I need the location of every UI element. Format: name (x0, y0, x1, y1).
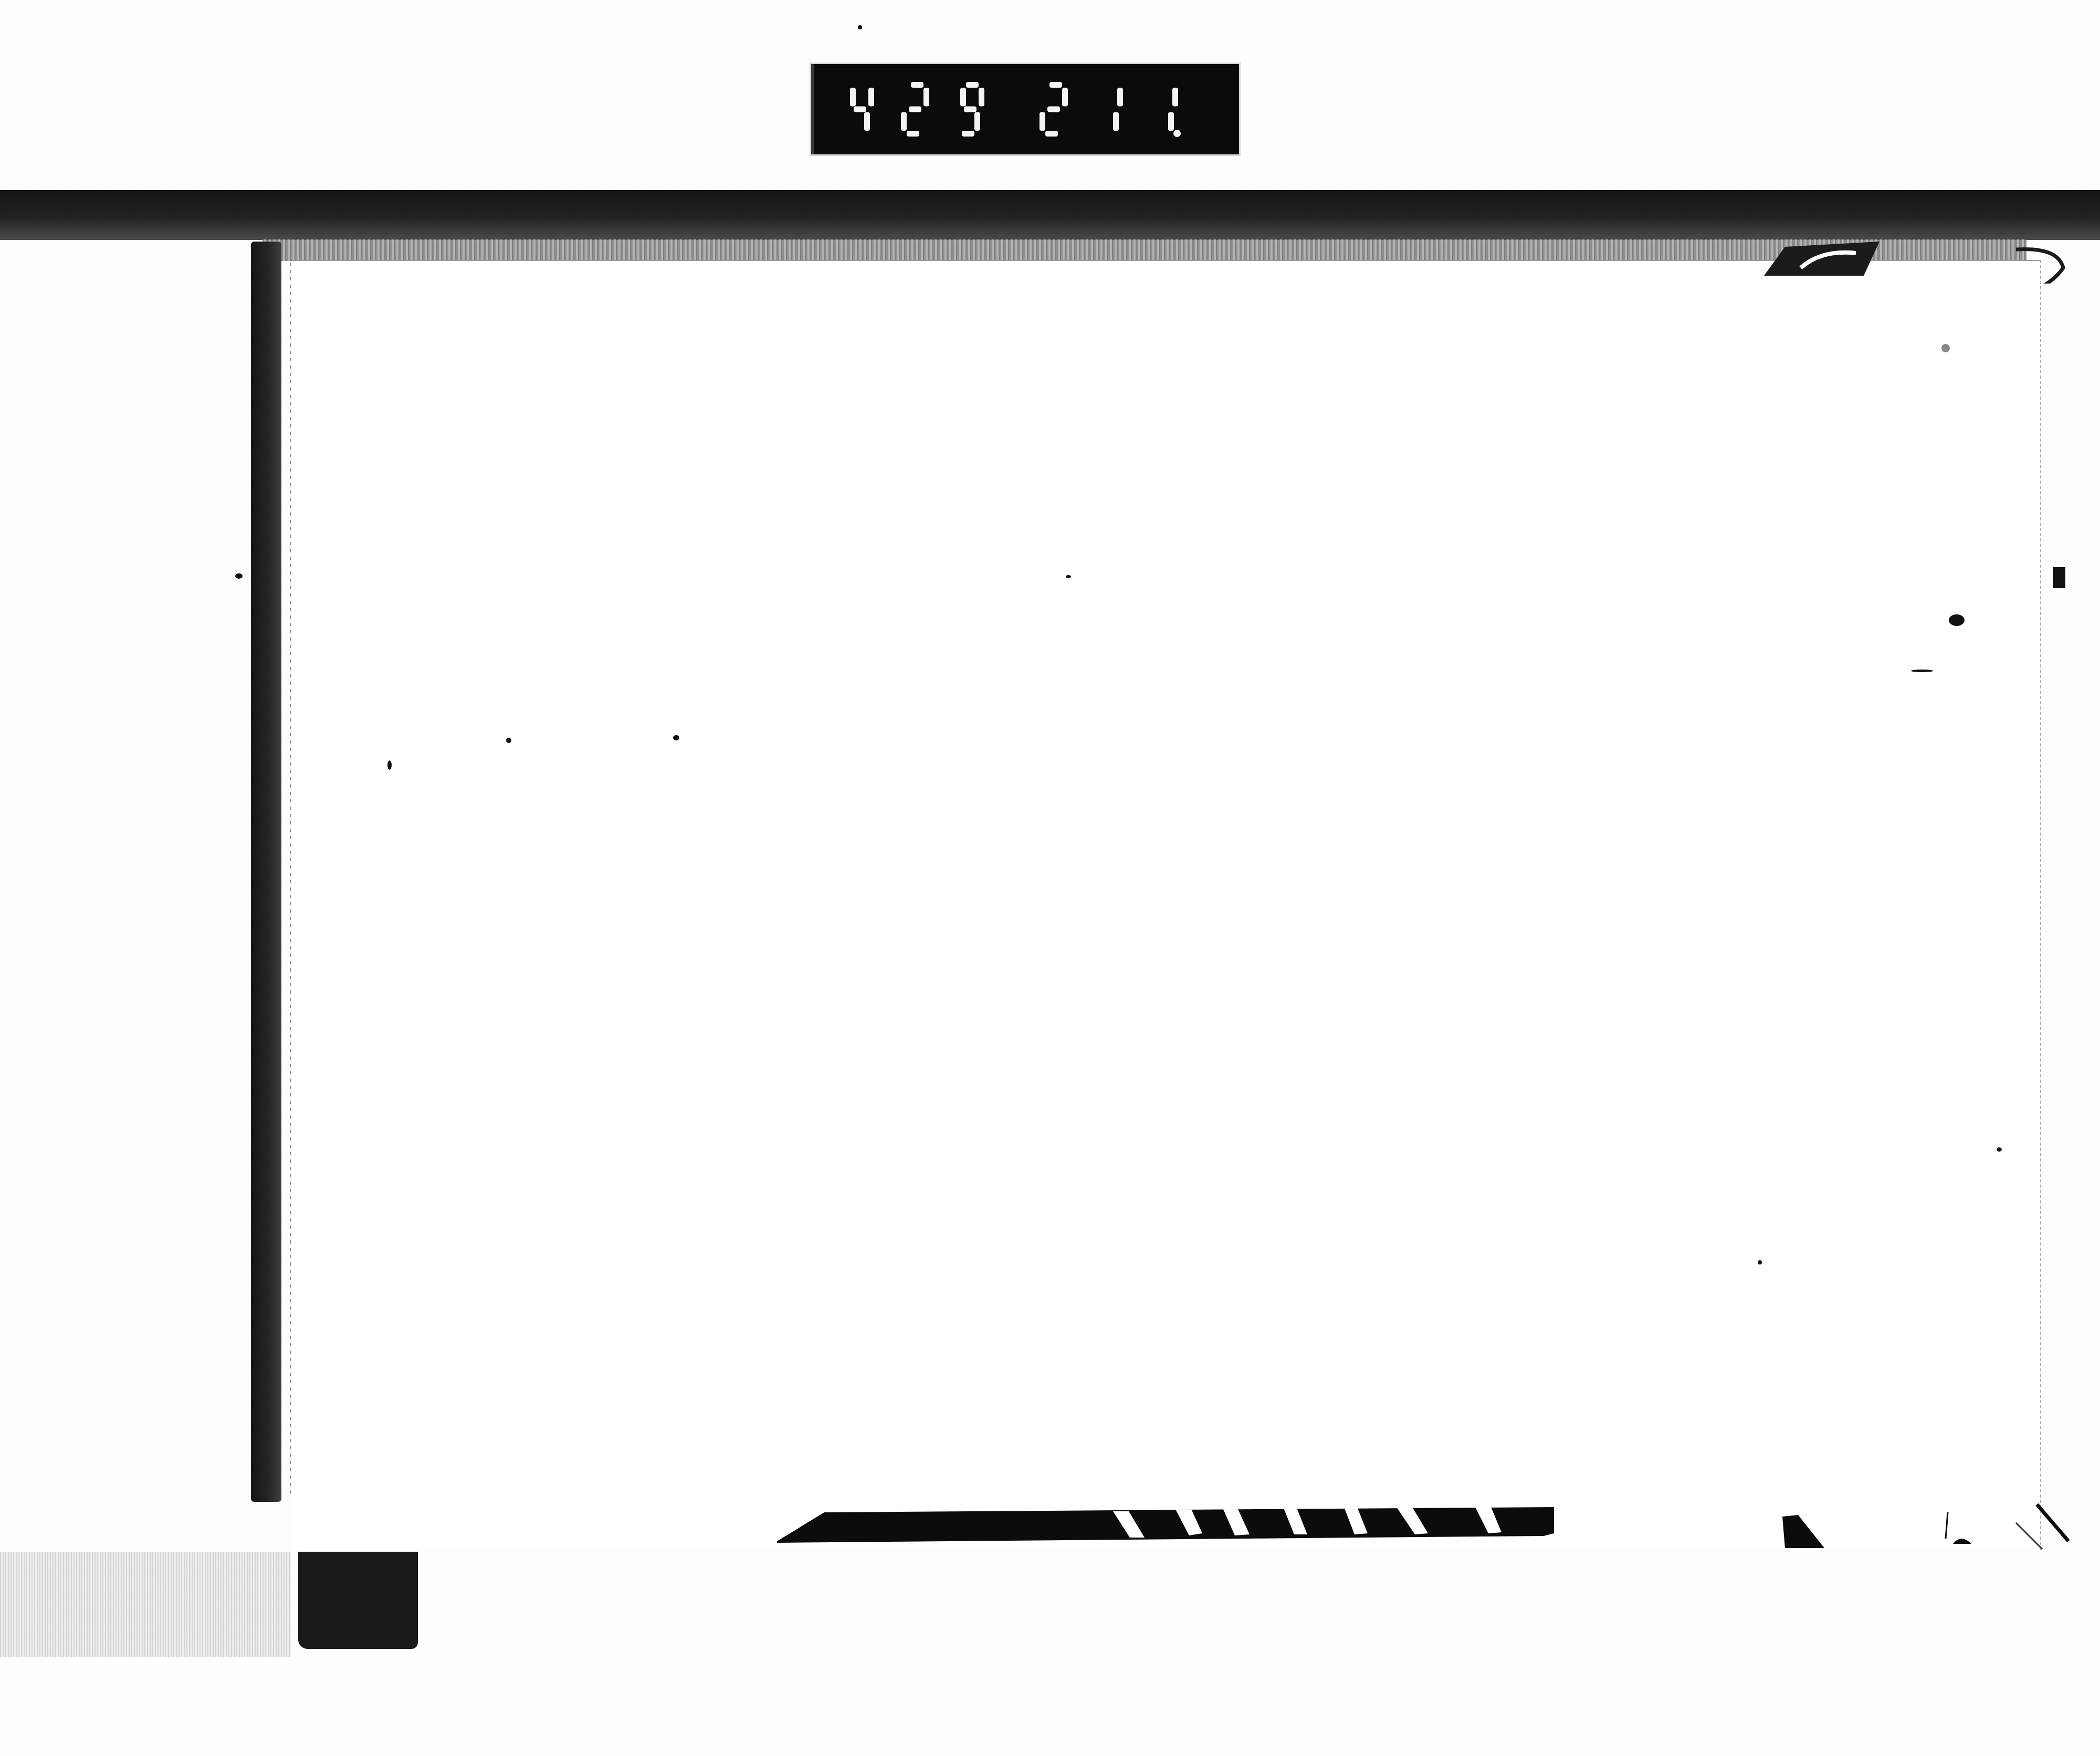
scan-speck (235, 573, 243, 579)
scan-speck (1758, 1260, 1762, 1264)
cropped-band-fragments (1780, 1491, 2074, 1554)
binding-strip (251, 242, 281, 1502)
scanner-bed-strip (0, 1552, 291, 1657)
frame-counter: 429 211. (811, 64, 1239, 154)
scan-speck (1949, 614, 1965, 626)
scan-speck (1941, 344, 1950, 352)
scan-speck (1997, 1147, 2002, 1152)
scan-speck (387, 760, 392, 770)
frame-counter-left (841, 78, 1014, 141)
blank-page-sheet (292, 260, 2041, 1550)
scanner-clip-block (298, 1552, 418, 1649)
scan-speck (858, 25, 862, 29)
scan-speck (1066, 575, 1071, 578)
frame-counter-right (1034, 78, 1207, 141)
cropped-label-band (777, 1497, 1564, 1544)
scan-speck (1911, 670, 1933, 672)
scan-speck (506, 738, 511, 743)
scan-speck (673, 735, 679, 740)
scan-speck (2053, 567, 2065, 588)
curled-corner (1743, 226, 2084, 284)
page-left-edge (290, 263, 291, 1497)
